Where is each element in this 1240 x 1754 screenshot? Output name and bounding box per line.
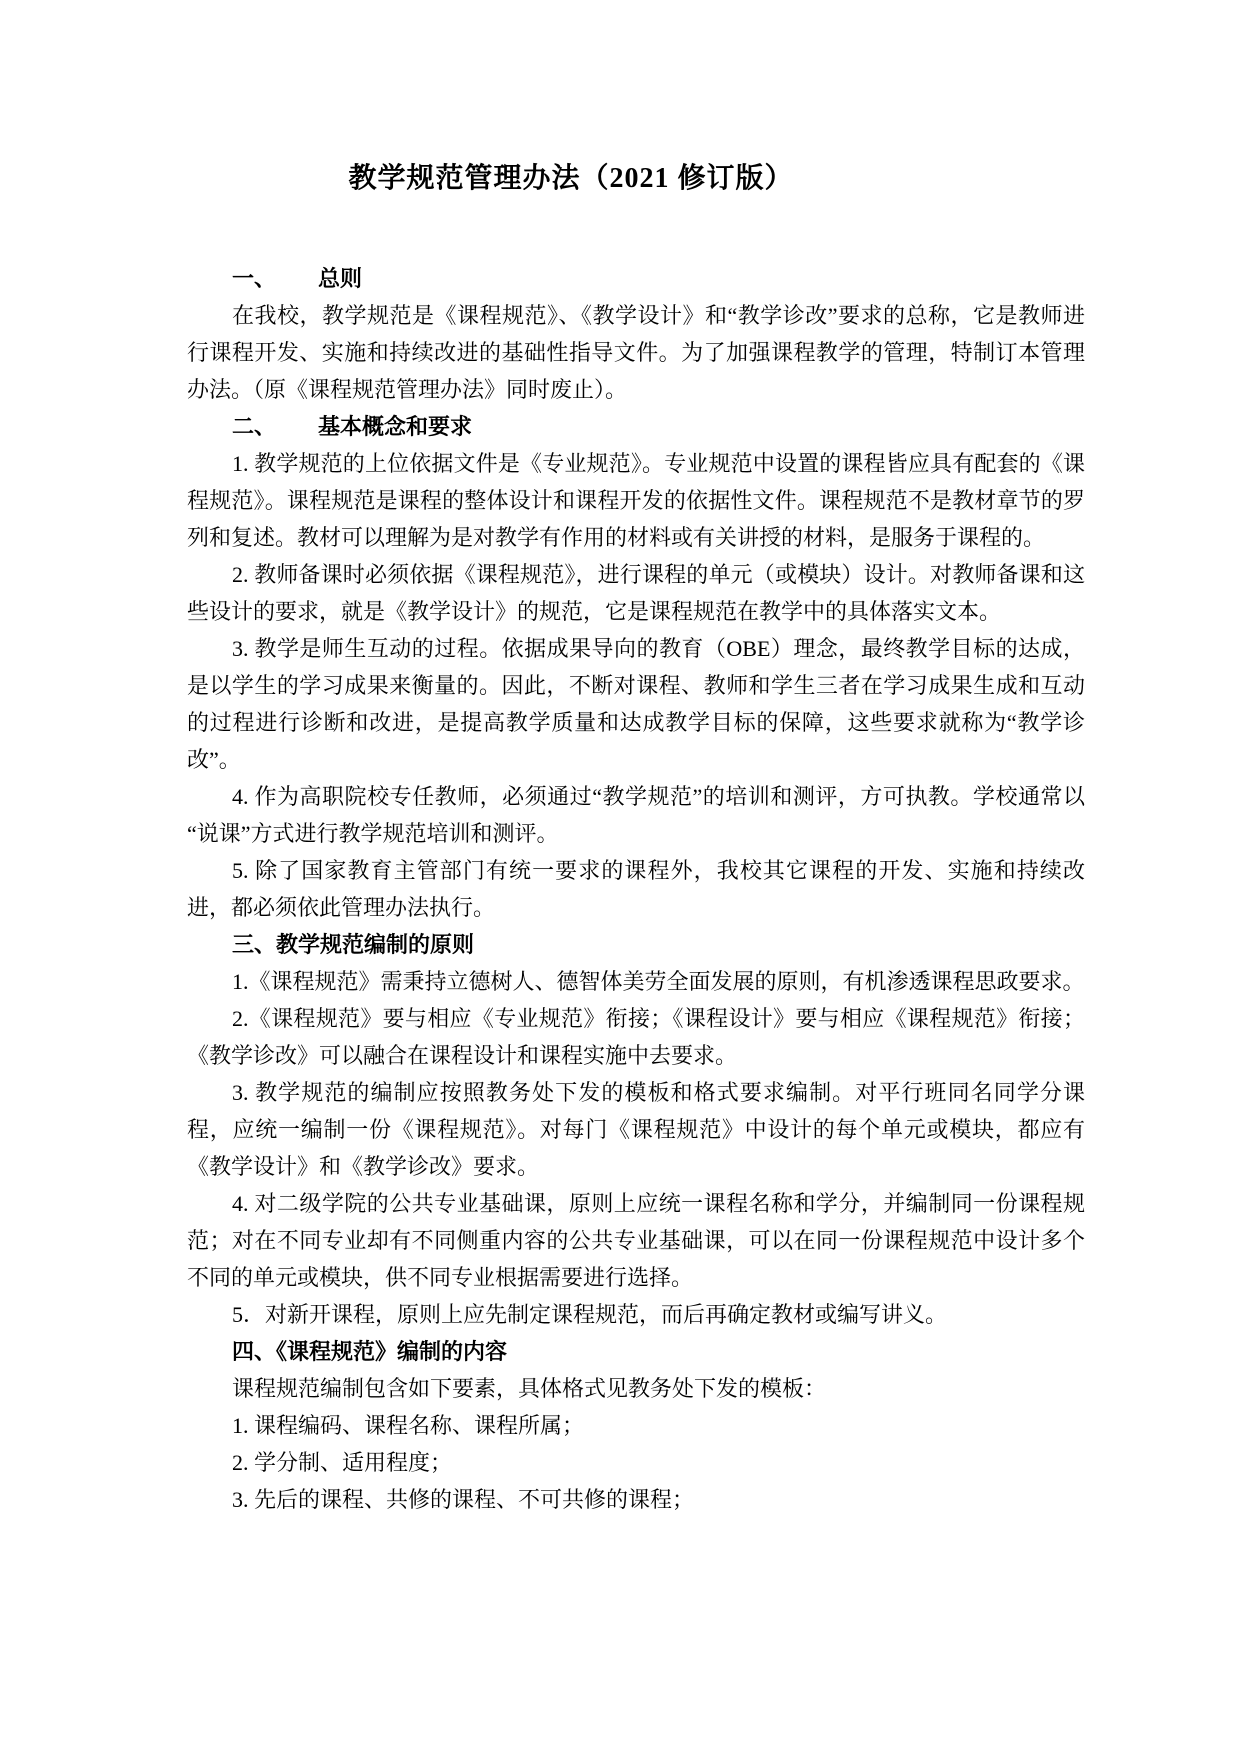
heading-label: 总则 (318, 266, 362, 291)
paragraph: 4. 对二级学院的公共专业基础课，原则上应统一课程名称和学分，并编制同一份课程规… (187, 1185, 1085, 1296)
section-heading-4: 四、《课程规范》编制的内容 (187, 1333, 1085, 1370)
list-item: 2. 学分制、适用程度； (187, 1444, 1085, 1481)
document-title: 教学规范管理办法（2021 修订版） (187, 157, 1085, 201)
paragraph: 课程规范编制包含如下要素，具体格式见教务处下发的模板： (187, 1370, 1085, 1407)
paragraph: 1.《课程规范》需秉持立德树人、德智体美劳全面发展的原则，有机渗透课程思政要求。 (187, 963, 1085, 1000)
paragraph: 在我校，教学规范是《课程规范》、《教学设计》和“教学诊改”要求的总称，它是教师进… (187, 297, 1085, 408)
paragraph: 1. 教学规范的上位依据文件是《专业规范》。专业规范中设置的课程皆应具有配套的《… (187, 445, 1085, 556)
list-item: 3. 先后的课程、共修的课程、不可共修的课程； (187, 1481, 1085, 1518)
section-heading-3: 三、教学规范编制的原则 (187, 926, 1085, 963)
list-item: 1. 课程编码、课程名称、课程所属； (187, 1407, 1085, 1444)
paragraph: 3. 教学规范的编制应按照教务处下发的模板和格式要求编制。对平行班同名同学分课程… (187, 1074, 1085, 1185)
paragraph: 2.《课程规范》要与相应《专业规范》衔接；《课程设计》要与相应《课程规范》衔接；… (187, 1000, 1085, 1074)
paragraph: 3. 教学是师生互动的过程。依据成果导向的教育（OBE）理念，最终教学目标的达成… (187, 630, 1085, 778)
paragraph: 5．对新开课程，原则上应先制定课程规范，而后再确定教材或编写讲义。 (187, 1296, 1085, 1333)
paragraph: 2. 教师备课时必须依据《课程规范》，进行课程的单元（或模块）设计。对教师备课和… (187, 556, 1085, 630)
heading-number: 一、 (232, 266, 276, 291)
heading-number: 二、 (232, 414, 276, 439)
section-heading-2: 二、基本概念和要求 (187, 408, 1085, 445)
section-heading-1: 一、总则 (187, 260, 1085, 297)
paragraph: 4. 作为高职院校专任教师，必须通过“教学规范”的培训和测评，方可执教。学校通常… (187, 778, 1085, 852)
heading-label: 基本概念和要求 (318, 414, 472, 439)
document-body: 一、总则 在我校，教学规范是《课程规范》、《教学设计》和“教学诊改”要求的总称，… (187, 260, 1085, 1518)
document-page: 教学规范管理办法（2021 修订版） 一、总则 在我校，教学规范是《课程规范》、… (0, 0, 1240, 1754)
paragraph: 5. 除了国家教育主管部门有统一要求的课程外，我校其它课程的开发、实施和持续改进… (187, 852, 1085, 926)
